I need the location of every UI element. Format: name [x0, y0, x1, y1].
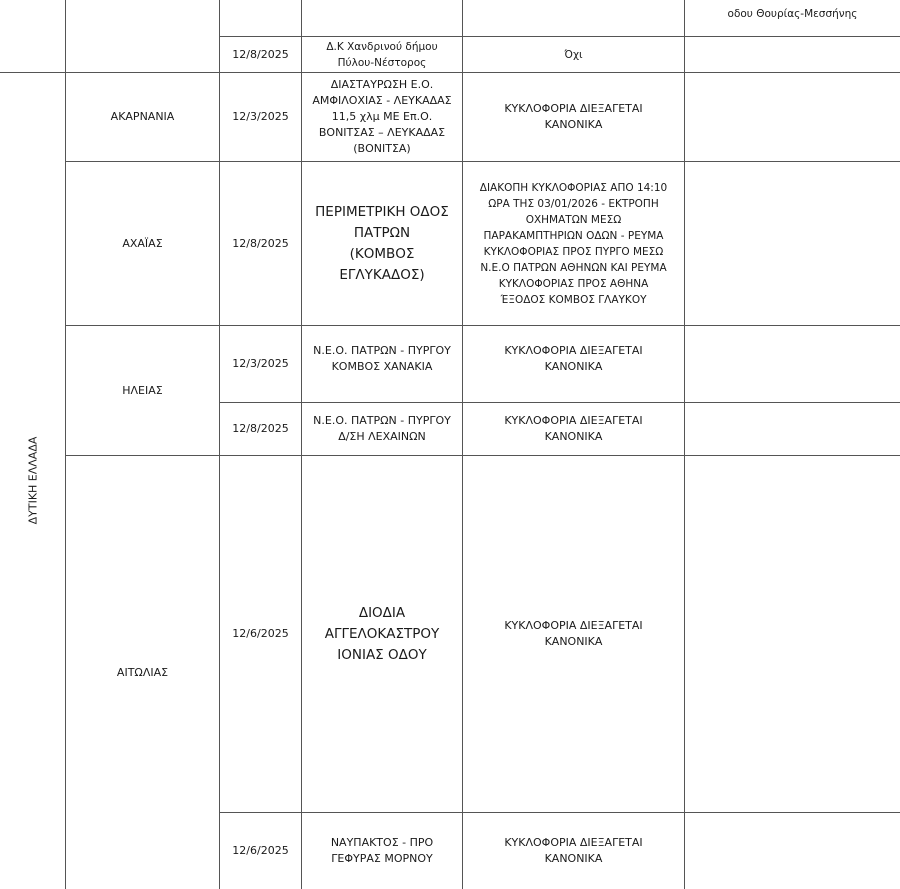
location-cell: Ν.Ε.Ο. ΠΑΤΡΩΝ - ΠΥΡΓΟΥ Δ/ΣΗ ΛΕΧΑΙΝΩΝ: [302, 403, 462, 455]
location-cell: Δ.Κ Χανδρινού δήμου Πύλου-Νέστορος: [302, 37, 462, 72]
notes-cell: οδου Θουρίας-Μεσσήνης: [685, 0, 900, 28]
status-cell: ΚΥΚΛΟΦΟΡΙΑ ΔΙΕΞΑΓΕΤΑΙ ΚΑΝΟΝΙΚΑ: [463, 73, 684, 161]
date-cell: 12/6/2025: [220, 813, 301, 889]
location-cell: ΔΙΟΔΙΑ ΑΓΓΕΛΟΚΑΣΤΡΟΥ ΙΟΝΙΑΣ ΟΔΟΥ: [302, 456, 462, 812]
traffic-status-table: οδου Θουρίας-Μεσσήνης 12/8/2025 Δ.Κ Χανδ…: [0, 0, 900, 889]
date-cell: 12/3/2025: [220, 326, 301, 402]
status-cell: ΚΥΚΛΟΦΟΡΙΑ ΔΙΕΞΑΓΕΤΑΙ ΚΑΝΟΝΙΚΑ: [463, 456, 684, 812]
prefecture-cell: ΑΧΑΪΑΣ: [66, 162, 219, 325]
status-cell: ΚΥΚΛΟΦΟΡΙΑ ΔΙΕΞΑΓΕΤΑΙ ΚΑΝΟΝΙΚΑ: [463, 403, 684, 455]
region-label: ΔΥΤΙΚΗ ΕΛΛΑΔΑ: [26, 437, 39, 525]
status-cell: ΚΥΚΛΟΦΟΡΙΑ ΔΙΕΞΑΓΕΤΑΙ ΚΑΝΟΝΙΚΑ: [463, 813, 684, 889]
status-cell: ΔΙΑΚΟΠΗ ΚΥΚΛΟΦΟΡΙΑΣ ΑΠΟ 14:10 ΩΡΑ ΤΗΣ 03…: [463, 162, 684, 325]
location-cell: ΝΑΥΠΑΚΤΟΣ - ΠΡΟ ΓΕΦΥΡΑΣ ΜΟΡΝΟΥ: [302, 813, 462, 889]
grid-line: [684, 0, 685, 889]
date-cell: 12/6/2025: [220, 456, 301, 812]
date-cell: 12/8/2025: [220, 162, 301, 325]
prefecture-cell: ΑΙΤΩΛΙΑΣ: [66, 456, 219, 889]
date-cell: 12/8/2025: [220, 37, 301, 72]
location-cell: ΠΕΡΙΜΕΤΡΙΚΗ ΟΔΟΣ ΠΑΤΡΩΝ (ΚΟΜΒΟΣ ΕΓΛΥΚΑΔΟ…: [302, 162, 462, 325]
prefecture-cell: ΗΛΕΙΑΣ: [66, 326, 219, 455]
region-cell: ΔΥΤΙΚΗ ΕΛΛΑΔΑ: [0, 72, 65, 889]
status-cell: ΚΥΚΛΟΦΟΡΙΑ ΔΙΕΞΑΓΕΤΑΙ ΚΑΝΟΝΙΚΑ: [463, 326, 684, 392]
date-cell: 12/8/2025: [220, 403, 301, 455]
location-cell: Ν.Ε.Ο. ΠΑΤΡΩΝ - ΠΥΡΓΟΥ ΚΟΜΒΟΣ ΧΑΝΑΚΙΑ: [302, 326, 462, 392]
status-cell: Όχι: [463, 37, 684, 72]
date-cell: 12/3/2025: [220, 73, 301, 161]
location-cell: ΔΙΑΣΤΑΥΡΩΣΗ Ε.Ο. ΑΜΦΙΛΟΧΙΑΣ - ΛΕΥΚΑΔΑΣ 1…: [302, 73, 462, 161]
prefecture-cell: ΑΚΑΡΝΑΝΙΑ: [66, 73, 219, 161]
